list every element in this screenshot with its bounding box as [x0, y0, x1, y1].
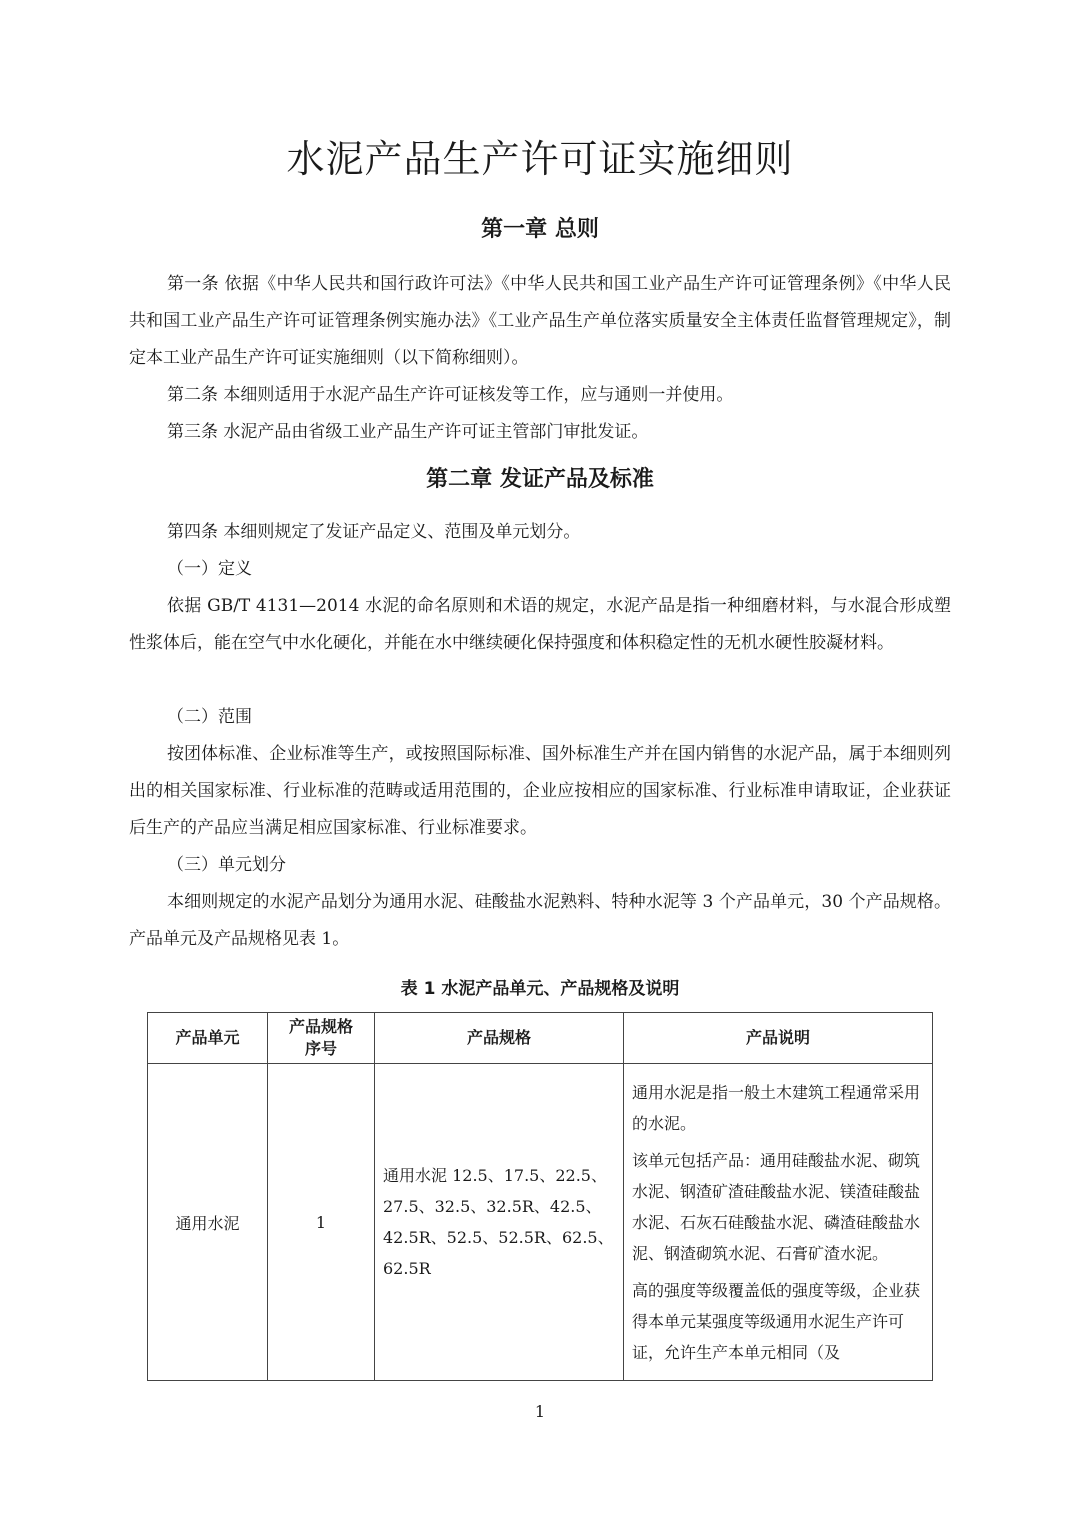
section-3-body: 本细则规定的水泥产品划分为通用水泥、硅酸盐水泥熟料、特种水泥等 3 个产品单元，…	[129, 884, 951, 958]
table-1-caption: 表 1 水泥产品单元、产品规格及说明	[0, 974, 1080, 999]
header-spec-seq-line2: 序号	[268, 1038, 374, 1060]
cell-product-unit: 通用水泥	[148, 1064, 268, 1381]
document-title: 水泥产品生产许可证实施细则	[0, 128, 1080, 183]
article-4: 第四条 本细则规定了发证产品定义、范围及单元划分。	[129, 514, 951, 551]
desc-paragraph: 该单元包括产品：通用硅酸盐水泥、砌筑水泥、钢渣矿渣硅酸盐水泥、镁渣硅酸盐水泥、石…	[632, 1145, 924, 1269]
chapter-2-heading: 第二章 发证产品及标准	[0, 462, 1080, 493]
cell-product-spec: 通用水泥 12.5、17.5、22.5、27.5、32.5、32.5R、42.5…	[375, 1064, 624, 1381]
article-3: 第三条 水泥产品由省级工业产品生产许可证主管部门审批发证。	[129, 414, 951, 451]
header-product-unit: 产品单元	[148, 1013, 268, 1064]
article-2: 第二条 本细则适用于水泥产品生产许可证核发等工作，应与通则一并使用。	[129, 377, 951, 414]
section-1-body: 依据 GB/T 4131—2014 水泥的命名原则和术语的规定，水泥产品是指一种…	[129, 588, 951, 662]
section-2-heading: （二）范围	[129, 699, 951, 736]
section-2-body: 按团体标准、企业标准等生产，或按照国际标准、国外标准生产并在国内销售的水泥产品，…	[129, 736, 951, 847]
desc-paragraph: 高的强度等级覆盖低的强度等级，企业获得本单元某强度等级通用水泥生产许可证，允许生…	[632, 1275, 924, 1368]
table-header-row: 产品单元 产品规格 序号 产品规格 产品说明	[148, 1013, 933, 1064]
section-3-heading: （三）单元划分	[129, 847, 951, 884]
header-product-spec: 产品规格	[375, 1013, 624, 1064]
product-unit-table: 产品单元 产品规格 序号 产品规格 产品说明 通用水泥 1 通用水泥 12.5、…	[147, 1012, 933, 1381]
table-row: 通用水泥 1 通用水泥 12.5、17.5、22.5、27.5、32.5、32.…	[148, 1064, 933, 1381]
cell-spec-seq: 1	[268, 1064, 375, 1381]
section-1-heading: （一）定义	[129, 551, 951, 588]
article-1: 第一条 依据《中华人民共和国行政许可法》《中华人民共和国工业产品生产许可证管理条…	[129, 266, 951, 377]
header-spec-seq-line1: 产品规格	[268, 1016, 374, 1038]
desc-paragraph: 通用水泥是指一般土木建筑工程通常采用的水泥。	[632, 1077, 924, 1139]
chapter-1-heading: 第一章 总则	[0, 212, 1080, 243]
cell-product-desc: 通用水泥是指一般土木建筑工程通常采用的水泥。 该单元包括产品：通用硅酸盐水泥、砌…	[624, 1064, 933, 1381]
header-product-desc: 产品说明	[624, 1013, 933, 1064]
header-spec-seq: 产品规格 序号	[268, 1013, 375, 1064]
page-number: 1	[0, 1402, 1080, 1421]
